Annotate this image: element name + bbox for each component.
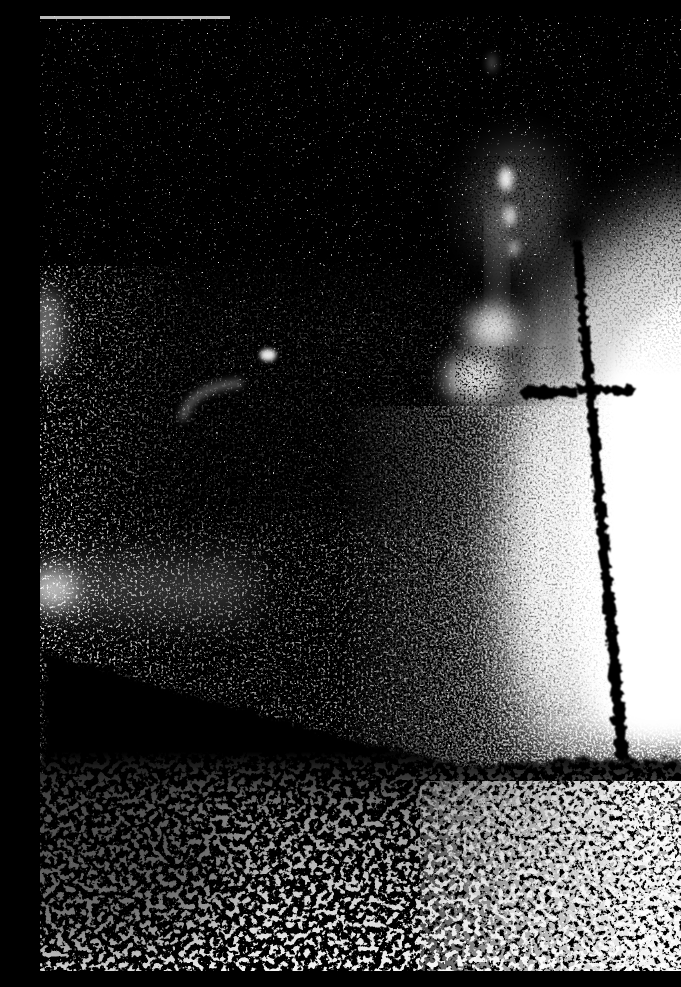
pole-side-shadow — [556, 256, 572, 376]
pole-top-glow — [499, 167, 513, 191]
ground-grain-right — [420, 781, 681, 971]
top-edge-sliver — [40, 16, 230, 19]
left-faint-band — [40, 561, 250, 616]
crossbar-left-blob — [518, 385, 534, 397]
ground-texture — [40, 751, 681, 971]
crossbar-knob — [622, 384, 633, 395]
grain-left-edge — [40, 266, 190, 686]
artwork: Grainy monochrome drawing of a cross-sha… — [40, 16, 681, 971]
small-bright-spot — [260, 349, 276, 361]
pole-top-glow-3 — [509, 240, 519, 256]
glow-streak — [491, 201, 503, 341]
speck-cluster-top — [488, 54, 496, 72]
artwork-canvas — [40, 16, 681, 971]
grain-transition-right — [340, 406, 681, 796]
pole-top-glow-2 — [504, 206, 516, 226]
